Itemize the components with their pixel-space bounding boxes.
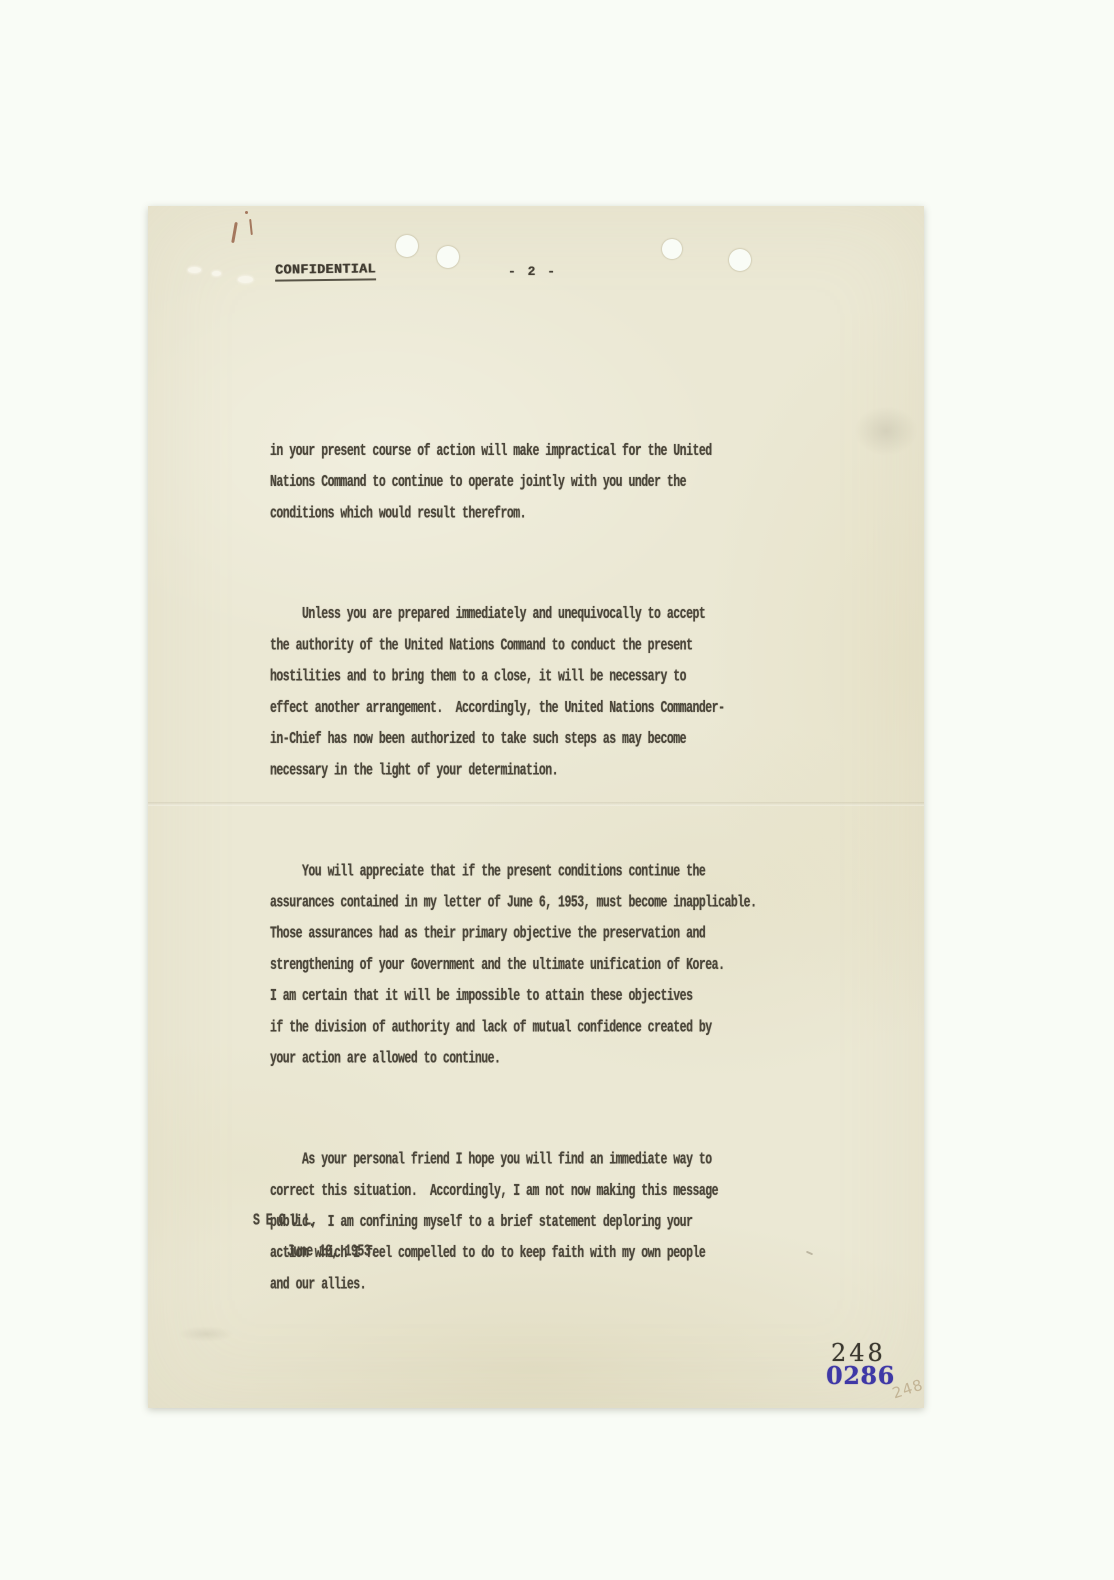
ink-fleck [231,222,238,243]
letter-paragraph: Unless you are prepared immediately and … [270,600,800,787]
ink-fleck [249,219,253,235]
signoff-place: S E O U L, [253,1206,317,1237]
letter-paragraph: As your personal friend I hope you will … [270,1145,800,1301]
paper-damage-spot [212,271,221,276]
punch-hole [662,239,682,259]
letter-paragraph: You will appreciate that if the present … [270,857,800,1076]
scanned-letter-page: CONFIDENTIAL - 2 - in your present cours… [148,206,924,1408]
letter-body: in your present course of action will ma… [270,374,800,1364]
pencil-tick [806,1251,813,1256]
smudge-mark [854,406,918,456]
letter-paragraph: in your present course of action will ma… [270,436,800,530]
paper-damage-spot [238,276,253,283]
punch-hole [729,249,751,271]
smudge-mark [178,1326,234,1342]
signoff-date: June 19, 1953. [287,1237,377,1268]
archive-number-stamp-blue: 0286 [826,1361,895,1390]
paper-damage-spot [188,267,201,273]
classification-stamp: CONFIDENTIAL [275,262,376,281]
punch-hole [396,235,418,257]
punch-hole [437,246,459,268]
ink-fleck [245,211,248,214]
pencil-annotation: 248 [890,1376,926,1403]
page-number: - 2 - [508,264,557,279]
